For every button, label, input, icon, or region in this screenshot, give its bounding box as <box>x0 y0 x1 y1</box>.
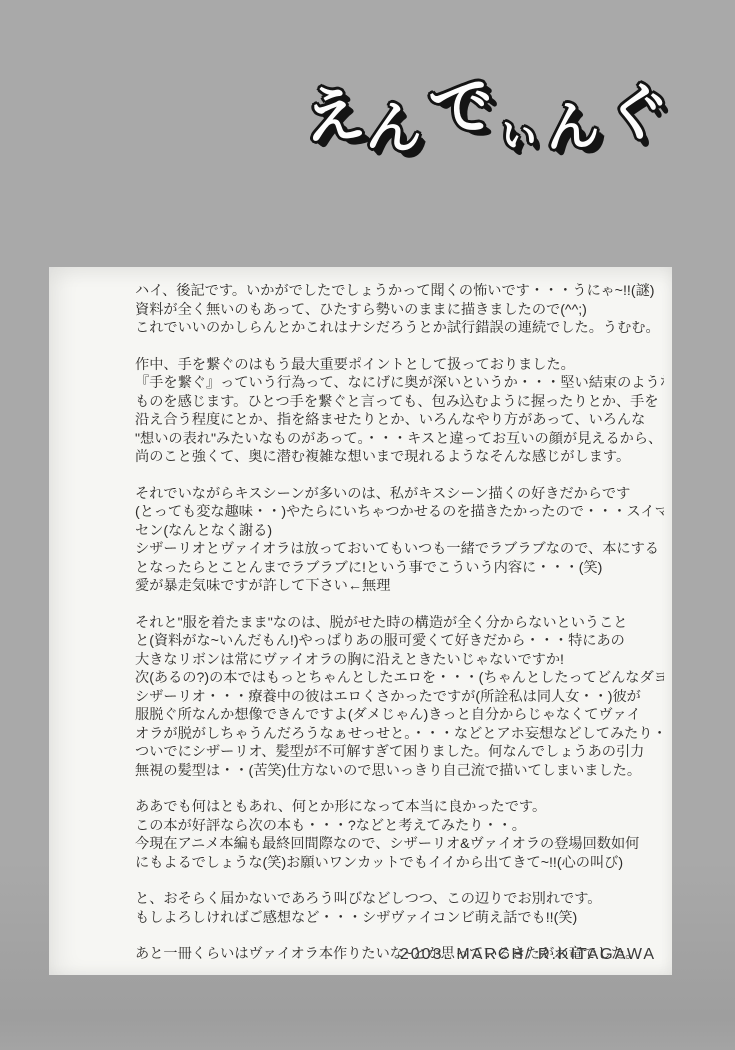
text-line: 無視の髪型は・・(苦笑)仕方ないので思いっきり自己流で描いてしまいました。 <box>135 762 664 781</box>
text-line: ついでにシザーリオ、髪型が不可解すぎて困りました。何なんでしょうあの引力 <box>135 743 664 762</box>
text-line: 服脱ぐ所なんか想像できんですよ(ダメじゃん)きっと自分からじゃなくてヴァイ <box>135 706 664 725</box>
text-line: セン(なんとなく謝る) <box>135 522 664 541</box>
paragraph: それでいながらキスシーンが多いのは、私がキスシーン描くの好きだからです(とっても… <box>135 485 664 596</box>
text-line: にもよるでしょうな(笑)お願いワンカットでもイイから出てきて~!!(心の叫び) <box>135 854 664 873</box>
logo-char: ん <box>365 98 425 158</box>
text-line: シザーリオ・・・療養中の彼はエロくさかったですが(所詮私は同人女・・)彼が <box>135 688 664 707</box>
text-line: となったらとことんまでラブラブに!という事でこういう内容に・・・(笑) <box>135 559 664 578</box>
paragraph: それと"服を着たまま"なのは、脱がせた時の構造が全く分からないということと(資料… <box>135 614 664 781</box>
text-line: 『手を繋ぐ』っていう行為って、なにげに奥が深いというか・・・堅い結束のような <box>135 374 664 393</box>
afterword-page: ハイ、後記です。いかがでしたでしょうかって聞くの怖いです・・・うにゃ~!!(謎)… <box>49 267 672 975</box>
paragraph: ああでも何はともあれ、何とか形になって本当に良かったです。この本が好評なら次の本… <box>135 798 664 872</box>
title-logo: えんでぃんぐ <box>303 84 667 148</box>
paragraph: ハイ、後記です。いかがでしたでしょうかって聞くの怖いです・・・うにゃ~!!(謎)… <box>135 282 664 338</box>
scan-background: えんでぃんぐ ハイ、後記です。いかがでしたでしょうかって聞くの怖いです・・・うに… <box>0 0 735 1050</box>
text-line: これでいいのかしらんとかこれはナシだろうとか試行錯誤の連続でした。うむむ。 <box>135 319 664 338</box>
text-line: それと"服を着たまま"なのは、脱がせた時の構造が全く分からないということ <box>135 614 664 633</box>
text-line: この本が好評なら次の本も・・・?などと考えてみたり・・。 <box>135 817 664 836</box>
text-line: それでいながらキスシーンが多いのは、私がキスシーン描くの好きだからです <box>135 485 664 504</box>
logo-char: え <box>300 83 368 151</box>
afterword-text: ハイ、後記です。いかがでしたでしょうかって聞くの怖いです・・・うにゃ~!!(謎)… <box>135 282 664 982</box>
credit-line: 2003. MARCH/ R.KITAGAWA <box>400 946 656 964</box>
logo-char: で <box>426 72 498 144</box>
text-line: 今現在アニメ本編も最終回間際なので、シザーリオ&ヴァイオラの登場回数如何 <box>135 835 664 854</box>
paragraph: 作中、手を繋ぐのはもう最大重要ポイントとして扱っておりました。『手を繋ぐ』ってい… <box>135 356 664 467</box>
text-line: もしよろしければご感想など・・・シザヴァイコンビ萌え話でも!!(笑) <box>135 909 664 928</box>
text-line: シザーリオとヴァイオラは放っておいてもいつも一緒でラブラブなので、本にする <box>135 540 664 559</box>
text-line: オラが脱がしちゃうんだろうなぁせっせと。・・・などとアホ妄想などしてみたり・・。 <box>135 725 664 744</box>
text-line: 資料が全く無いのもあって、ひたすら勢いのままに描きましたので(^^;) <box>135 301 664 320</box>
text-line: 作中、手を繋ぐのはもう最大重要ポイントとして扱っておりました。 <box>135 356 664 375</box>
text-line: ハイ、後記です。いかがでしたでしょうかって聞くの怖いです・・・うにゃ~!!(謎) <box>135 282 664 301</box>
text-line: ああでも何はともあれ、何とか形になって本当に良かったです。 <box>135 798 664 817</box>
logo-char: ん <box>544 98 602 156</box>
text-line: (とっても変な趣味・・)やたらにいちゃつかせるのを描きたかったので・・・スイマ <box>135 503 664 522</box>
paragraph: と、おそらく届かないであろう叫びなどしつつ、この辺りでお別れです。もしよろしけれ… <box>135 890 664 927</box>
text-line: 次(あるの?)の本ではもっとちゃんとしたエロを・・・(ちゃんとしたってどんなダヨ… <box>135 669 664 688</box>
text-line: 沿え合う程度にとか、指を絡ませたりとか、いろんなやり方があって、いろんな <box>135 411 664 430</box>
text-line: と、おそらく届かないであろう叫びなどしつつ、この辺りでお別れです。 <box>135 890 664 909</box>
text-line: と(資料がな~いんだもん!)やっぱりあの服可愛くて好きだから・・・特にあの <box>135 632 664 651</box>
text-line: 大きなリボンは常にヴァイオラの胸に沿えときたいじゃないですか! <box>135 651 664 670</box>
text-line: 愛が暴走気味ですが許して下さい←無理 <box>135 577 664 596</box>
logo-char: ぃ <box>494 106 545 157</box>
text-line: ものを感じます。ひとつ手を繋ぐと言っても、包み込むように握ったりとか、手を <box>135 393 664 412</box>
logo-char: ぐ <box>601 78 672 149</box>
text-line: 尚のこと強くて、奥に潜む複雑な想いまで現れるようなそんな感じがします。 <box>135 448 664 467</box>
text-line: "想いの表れ"みたいなものがあって。・・・キスと違ってお互いの顔が見えるから、 <box>135 430 664 449</box>
